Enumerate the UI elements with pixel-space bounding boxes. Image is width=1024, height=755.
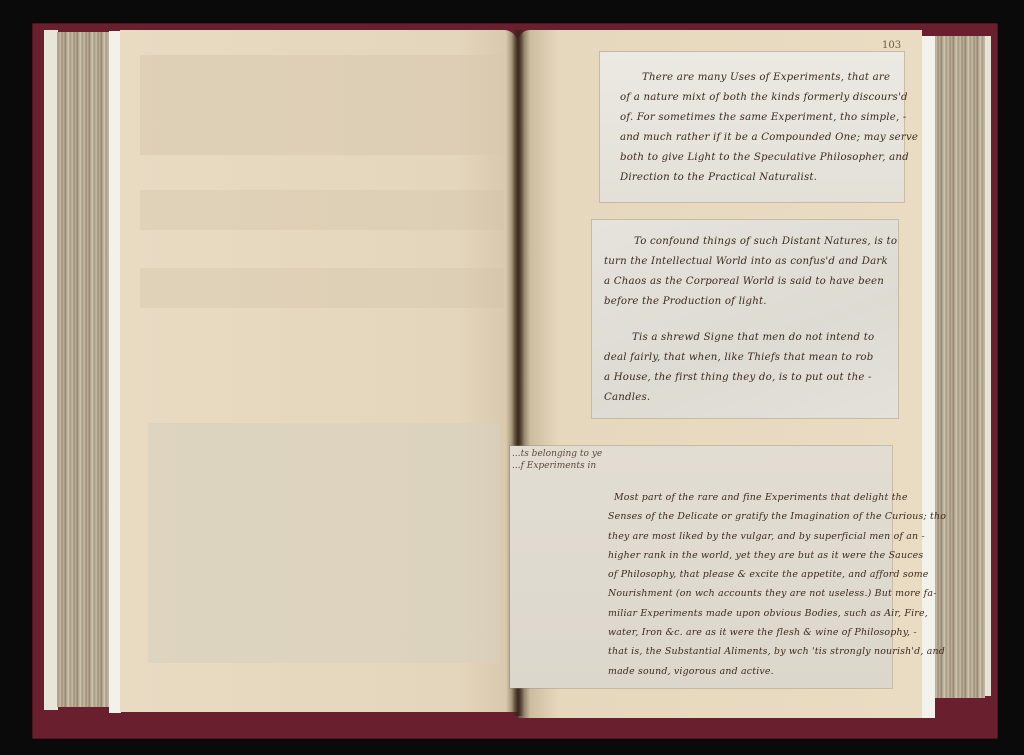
slip-2-paragraph-1: To confound things of such Distant Natur… <box>604 232 897 312</box>
slip-3-text: Most part of the rare and fine Experimen… <box>608 488 946 681</box>
slip-3-margin-note: ...ts belonging to ye ...f Experiments i… <box>512 448 602 472</box>
slip-2-line: Candles. <box>604 388 874 408</box>
slip-2-line: turn the Intellectual World into as conf… <box>604 252 897 272</box>
folio-number: 103 <box>882 40 901 51</box>
offset-ghost-2 <box>140 190 504 230</box>
slip-2-line: Tis a shrewd Signe that men do not inten… <box>604 328 874 348</box>
right-endpaper-edge <box>985 36 991 696</box>
manuscript-slip-1: There are many Uses of Experiments, that… <box>600 52 904 202</box>
slip-3-line: water, Iron &c. are as it were the flesh… <box>608 623 946 642</box>
slip-2-line: a House, the first thing they do, is to … <box>604 368 874 388</box>
slip-1-line: of a nature mixt of both the kinds forme… <box>620 88 918 108</box>
slip-1-line: Direction to the Practical Naturalist. <box>620 168 918 188</box>
offset-ghost-3 <box>140 268 504 308</box>
slip-3-line: they are most liked by the vulgar, and b… <box>608 527 946 546</box>
slip-2-line: before the Production of light. <box>604 292 897 312</box>
margin-note-line: ...f Experiments in <box>512 460 602 472</box>
manuscript-slip-3: ...ts belonging to ye ...f Experiments i… <box>510 446 892 688</box>
left-fore-edge-pages <box>57 32 109 707</box>
slip-1-line: both to give Light to the Speculative Ph… <box>620 148 918 168</box>
slip-3-line: Nourishment (on wch accounts they are no… <box>608 584 946 603</box>
slip-3-line: higher rank in the world, yet they are b… <box>608 546 946 565</box>
slip-3-line: miliar Experiments made upon obvious Bod… <box>608 604 946 623</box>
offset-ghost-1 <box>140 55 504 155</box>
left-endpaper-edge <box>44 30 58 710</box>
slip-3-line: made sound, vigorous and active. <box>608 662 946 681</box>
slip-3-line: of Philosophy, that please & excite the … <box>608 565 946 584</box>
slip-2-line: deal fairly, that when, like Thiefs that… <box>604 348 874 368</box>
slip-1-text: There are many Uses of Experiments, that… <box>620 68 918 188</box>
offset-ghost-4 <box>148 423 500 663</box>
slip-3-line: that is, the Substantial Aliments, by wc… <box>608 642 946 661</box>
slip-2-line: a Chaos as the Corporeal World is said t… <box>604 272 897 292</box>
slip-2-line: To confound things of such Distant Natur… <box>604 232 897 252</box>
slip-1-line: There are many Uses of Experiments, that… <box>620 68 918 88</box>
slip-1-line: and much rather if it be a Compounded On… <box>620 128 918 148</box>
slip-2-paragraph-2: Tis a shrewd Signe that men do not inten… <box>604 328 874 408</box>
slip-3-line: Senses of the Delicate or gratify the Im… <box>608 507 946 526</box>
slip-1-line: of. For sometimes the same Experiment, t… <box>620 108 918 128</box>
slip-3-line: Most part of the rare and fine Experimen… <box>608 488 946 507</box>
margin-note-line: ...ts belonging to ye <box>512 448 602 460</box>
manuscript-slip-2: To confound things of such Distant Natur… <box>592 220 898 418</box>
